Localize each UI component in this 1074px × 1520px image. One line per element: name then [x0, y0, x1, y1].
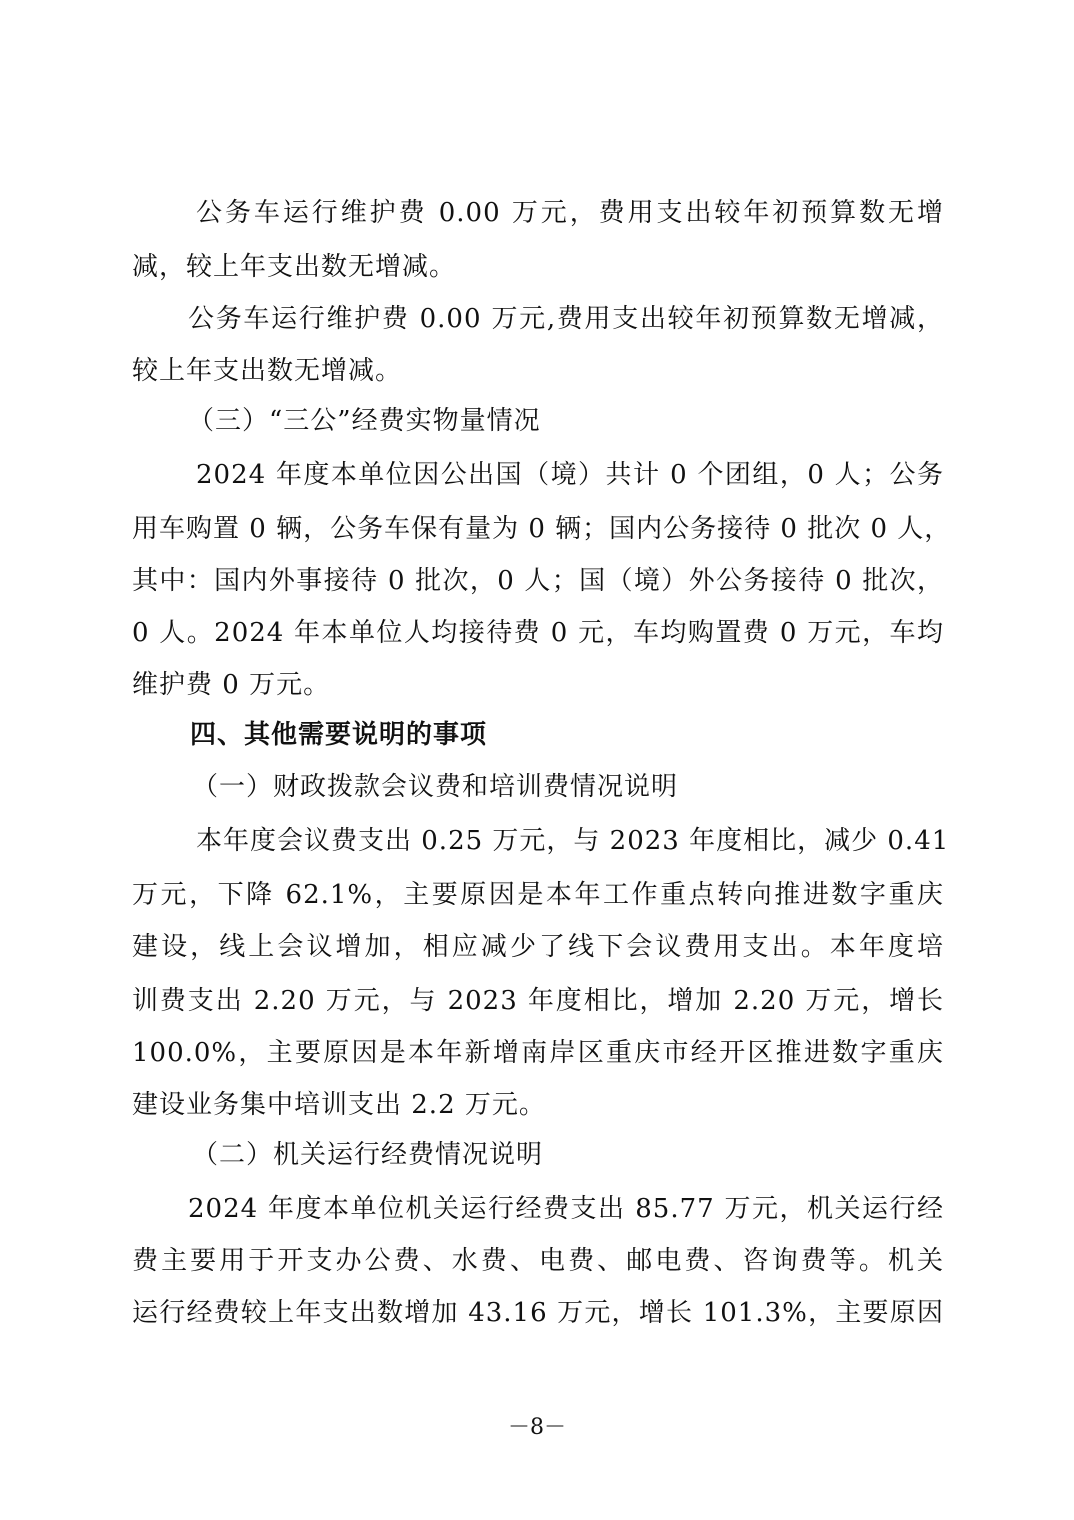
paragraph-line: 其中：国内外事接待 0 批次，0 人；国（境）外公务接待 0 批次， — [132, 564, 944, 598]
paragraph-line: 本年度会议费支出 0.25 万元，与 2023 年度相比，减少 0.41 — [196, 824, 944, 858]
paragraph-line: 万元，下降 62.1%，主要原因是本年工作重点转向推进数字重庆 — [132, 878, 944, 912]
section-heading: 四、其他需要说明的事项 — [190, 718, 944, 752]
paragraph-line: 公务车运行维护费 0.00 万元，费用支出较年初预算数无增 — [196, 196, 944, 230]
paragraph-line: 运行经费较上年支出数增加 43.16 万元，增长 101.3%，主要原因 — [132, 1296, 944, 1330]
page-number: －8－ — [0, 1410, 1074, 1441]
section-subheading: （三）“三公”经费实物量情况 — [188, 404, 944, 438]
paragraph-line: 建设业务集中培训支出 2.2 万元。 — [132, 1088, 944, 1122]
paragraph-line: 100.0%，主要原因是本年新增南岸区重庆市经开区推进数字重庆 — [132, 1036, 944, 1070]
paragraph-line: 公务车运行维护费 0.00 万元,费用支出较年初预算数无增减， — [188, 302, 944, 336]
document-page: 公务车运行维护费 0.00 万元，费用支出较年初预算数无增 减，较上年支出数无增… — [0, 0, 1074, 1520]
paragraph-line: 0 人。2024 年本单位人均接待费 0 元，车均购置费 0 万元，车均 — [132, 616, 944, 650]
paragraph-line: 维护费 0 万元。 — [132, 668, 944, 702]
section-subheading: （二）机关运行经费情况说明 — [192, 1138, 944, 1172]
paragraph-line: 2024 年度本单位因公出国（境）共计 0 个团组，0 人；公务 — [196, 458, 944, 492]
paragraph-line: 训费支出 2.20 万元，与 2023 年度相比，增加 2.20 万元，增长 — [132, 984, 944, 1018]
paragraph-line: 建设，线上会议增加，相应减少了线下会议费用支出。本年度培 — [132, 930, 944, 964]
paragraph-line: 减，较上年支出数无增减。 — [132, 250, 944, 284]
section-subheading: （一）财政拨款会议费和培训费情况说明 — [192, 770, 944, 804]
paragraph-line: 用车购置 0 辆，公务车保有量为 0 辆；国内公务接待 0 批次 0 人， — [132, 512, 944, 546]
paragraph-line: 较上年支出数无增减。 — [132, 354, 944, 388]
paragraph-line: 费主要用于开支办公费、水费、电费、邮电费、咨询费等。机关 — [132, 1244, 944, 1278]
paragraph-line: 2024 年度本单位机关运行经费支出 85.77 万元，机关运行经 — [188, 1192, 944, 1226]
